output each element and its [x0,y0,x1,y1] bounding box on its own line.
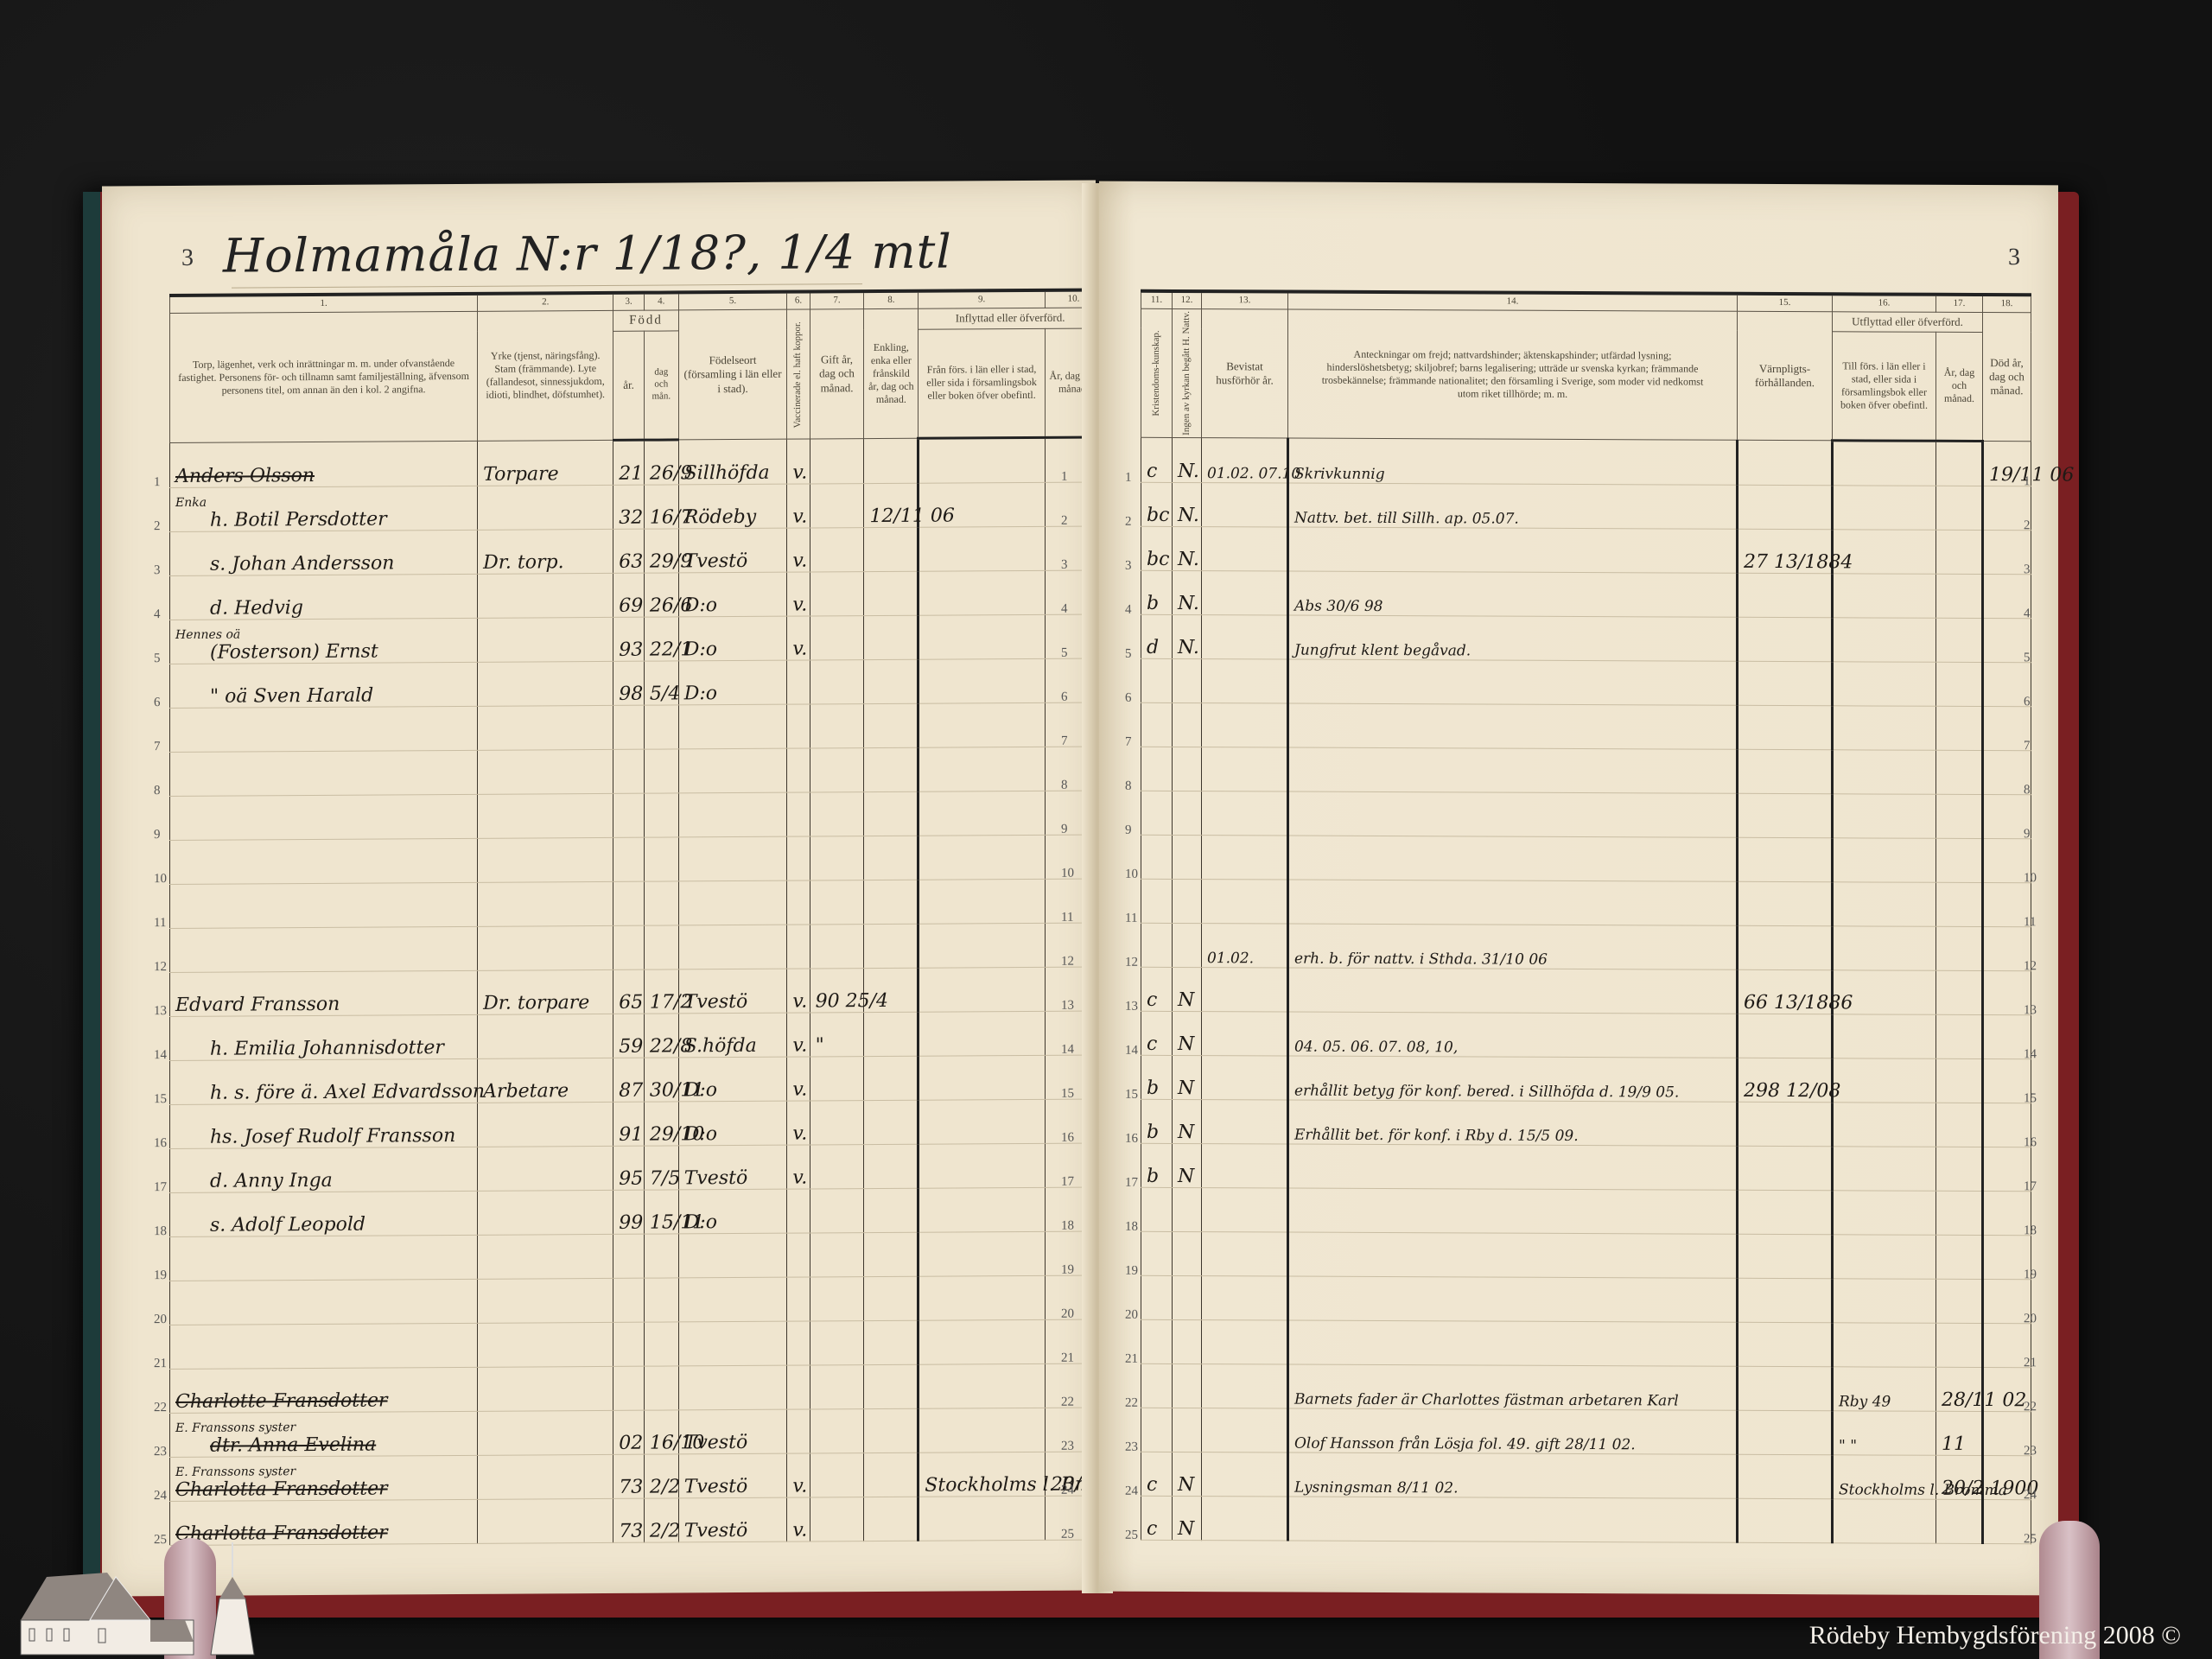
cell-examination-years [1202,747,1288,791]
table-row: hs. Josef Rudolf Fransson9129/10D:ov. [170,1099,1103,1149]
name-annotation: E. Franssons syster [175,1464,472,1479]
examination-years-text: 01.02. 07.10 [1207,465,1300,482]
cell-moved-from [918,1319,1046,1364]
cell-birth-daymonth [644,881,678,925]
header-military: Värnpligts-förhållanden. [1738,311,1833,440]
cell-person-name [170,882,478,928]
cell-military: 298 12/08 [1738,1058,1833,1102]
row-numbers: 1234567891011121314151617181920212223242… [1061,455,1074,1557]
cell-married [810,924,864,968]
table-row: s. Adolf Leopold9915/11D:o [170,1187,1103,1237]
cell-moved-to [1833,1103,1936,1147]
header-examination: Bevistat husförhör år. [1202,309,1288,438]
communion-text: N [1178,1166,1194,1187]
cell-person-name [170,1323,478,1369]
person-name-text: Charlotte Fransdotter [175,1389,388,1412]
vaccinated-text: v. [792,550,807,571]
cell-military [1738,925,1833,969]
row-number: 22 [2024,1385,2037,1429]
row-number: 4 [1061,588,1074,632]
cell-birthplace: Tvestö [678,1497,787,1542]
vaccinated-text: v. [792,990,807,1012]
row-numbers: 1234567891011121314151617181920212223242… [1125,456,1138,1558]
cell-occupation [478,1454,613,1499]
cell-moved-to [1833,926,1936,971]
cell-birth-daymonth [644,1322,678,1366]
cell-birth-year [613,881,645,925]
cell-married: " [810,1012,864,1056]
name-annotation: Hennes oä [175,626,472,642]
cell-person-name: h. s. före ä. Axel Edvardsson [170,1058,478,1104]
cell-notes [1288,1188,1738,1234]
col-num-3: 3. [613,293,645,311]
cell-occupation [478,925,613,970]
cell-vaccinated: v. [787,1497,810,1541]
cell-birthplace: D:o [678,1189,787,1234]
cell-examination-years [1202,570,1288,614]
cell-birthplace: S.höfda [678,1013,787,1058]
cell-communion [1173,1187,1202,1231]
row-numbers: 1234567891011121314151617181920212223242… [2024,460,2037,1561]
row-number: 8 [154,769,167,813]
cell-moved-out-date [1936,1499,1983,1543]
title-underline [232,283,862,288]
cell-person-name: " oä Sven Harald [170,662,478,708]
person-name-text: dtr. Anna Evelina [175,1433,376,1456]
row-number: 4 [2024,592,2037,636]
row-number: 1 [154,461,167,505]
cell-birth-year: 59 [613,1014,645,1058]
cell-birth-year: 98 [613,661,645,705]
cell-birth-year [613,1322,645,1366]
header-notes: Anteckningar om frejd; nattvardshinder; … [1288,309,1738,440]
cell-person-name [170,1279,478,1325]
cell-notes [1288,836,1738,881]
cell-christian-knowledge [1141,1363,1173,1408]
cell-notes [1288,703,1738,749]
cell-moved-out-date: 11 [1936,1411,1983,1455]
row-number: 10 [154,857,167,901]
table-row: cN04. 05. 06. 07. 08, 10, [1141,1011,2031,1058]
row-number: 6 [2024,680,2037,724]
col-num-18: 18. [1983,295,2031,313]
row-number: 18 [154,1210,167,1254]
birthplace-text: Tvestö [684,550,748,572]
table-row [1141,702,2031,750]
table-row: h. Emilia Johannisdotter5922/8S.höfdav." [170,1011,1103,1061]
table-row [170,1275,1103,1325]
church-and-bell-tower-icon [12,1538,271,1659]
cell-vaccinated: v. [787,1057,810,1101]
cell-vaccinated: v. [787,1013,810,1057]
page-number: 3 [2008,244,2020,271]
cell-person-name: h. Emilia Johannisdotter [170,1014,478,1060]
cell-birth-daymonth: 22/1 [644,617,678,661]
header-to-parish: Till förs. i län eller i stad, eller sid… [1833,332,1936,442]
cell-married [810,791,864,836]
cell-christian-knowledge: b [1141,1099,1173,1143]
cell-military [1738,1410,1833,1454]
row-number: 14 [2024,1033,2037,1077]
cell-birthplace [678,1321,787,1366]
cell-moved-to [1833,1235,1936,1280]
cell-married [810,527,864,571]
birthplace-text: Rödeby [684,506,756,529]
cell-notes [1288,527,1738,573]
birth-year-text: 91 [619,1123,643,1145]
cell-moved-to [1833,1499,1936,1544]
birth-year-text: 73 [619,1520,643,1541]
cell-married [810,1364,864,1408]
cell-moved-from [918,923,1046,968]
col-num-16: 16. [1833,294,1936,312]
cell-widowed [864,1232,918,1276]
birthplace-text: D:o [684,1079,717,1101]
row-number: 5 [154,637,167,681]
cell-widowed [864,1497,918,1541]
table-row: cNLysningsman 8/11 02.Stockholms l. Brom… [1141,1452,2031,1499]
cell-widowed [864,659,918,703]
cell-christian-knowledge [1141,791,1173,835]
row-number: 8 [1125,765,1138,809]
cell-birth-year [613,1366,645,1410]
cell-moved-to [1833,1323,1936,1368]
christian-knowledge-text: c [1147,1518,1157,1540]
cell-christian-knowledge [1141,1187,1173,1231]
table-row: 01.02.erh. b. för nattv. i Sthda. 31/10 … [1141,923,2031,970]
christian-knowledge-text: bc [1147,505,1169,526]
cell-notes [1288,1276,1738,1322]
row-number: 11 [154,901,167,945]
register-table-left: 1. 2. 3. 4. 5. 6. 7. 8. 9. 10. Torp, läg… [169,288,1103,1545]
cell-occupation [478,617,613,662]
row-number: 15 [1061,1072,1074,1116]
cell-moved-from [918,747,1046,791]
row-number: 10 [2024,856,2037,900]
cell-moved-out-date [1936,794,1983,838]
cell-moved-to [1833,794,1936,839]
cell-military [1738,1322,1833,1366]
row-number: 21 [2024,1341,2037,1385]
row-number: 16 [1061,1116,1074,1160]
cell-communion [1173,702,1202,747]
row-number: 7 [1125,721,1138,765]
cell-widowed [864,438,918,483]
cell-moved-from [918,835,1046,880]
cell-person-name: Enkah. Botil Persdotter [170,486,478,531]
moved-to-text: Rby 49 [1839,1393,1891,1410]
christian-knowledge-text: b [1147,1166,1159,1187]
cell-vaccinated [787,660,810,704]
table-row: bcN.27 13/1884 [1141,526,2031,574]
birthplace-text: Tvestö [684,1520,748,1541]
cell-notes: erhållit betyg för konf. bered. i Sillhö… [1288,1056,1738,1102]
col-num-1: 1. [170,294,478,314]
communion-text: N [1178,1518,1194,1540]
cell-birth-daymonth: 7/5 [644,1146,678,1190]
cell-moved-from [918,1187,1046,1232]
cell-birthplace [678,1365,787,1410]
cell-birthplace: Tvestö [678,1409,787,1454]
birthplace-text: S.höfda [684,1035,757,1058]
row-number: 19 [2024,1253,2037,1297]
table-row: dN.Jungfrut klent begåvad. [1141,614,2031,662]
cell-moved-from [918,614,1046,659]
vaccinated-text: v. [792,1475,807,1497]
cell-moved-out-date [1936,1103,1983,1147]
row-number: 23 [2024,1429,2037,1473]
cell-occupation [478,881,613,926]
cell-moved-to: Stockholms l. Bromma [1833,1455,1936,1500]
notes-text: Barnets fader är Charlottes fästman arbe… [1294,1390,1679,1409]
row-number: 24 [1125,1470,1138,1514]
cell-moved-from [918,702,1046,747]
cell-examination-years [1202,658,1288,702]
row-number: 8 [1061,764,1074,808]
cell-occupation: Dr. torp. [478,529,613,574]
person-name-text: Edvard Fransson [175,994,340,1016]
notes-text: Skrivkunnig [1294,465,1385,482]
cell-communion [1173,835,1202,879]
cell-person-name [170,926,478,972]
cell-moved-from [918,658,1046,703]
table-row [1141,835,2031,882]
cell-examination-years [1202,1187,1288,1231]
cell-person-name: Hennes oä(Fosterson) Ernst [170,618,478,664]
person-name-text: s. Adolf Leopold [175,1213,365,1236]
cell-birthplace: Tvestö [678,528,787,573]
row-number: 22 [154,1386,167,1430]
table-row: bN.Abs 30/6 98 [1141,570,2031,618]
cell-vaccinated [787,1409,810,1453]
birthplace-text: D:o [684,1211,717,1233]
cell-christian-knowledge [1141,835,1173,879]
cell-widowed [864,1012,918,1056]
cell-person-name: d. Hedvig [170,574,478,620]
cell-occupation [478,573,613,618]
cell-occupation [478,1146,613,1191]
cell-married [810,1408,864,1452]
vaccinated-text: v. [792,505,807,527]
row-number: 19 [154,1254,167,1298]
cell-birthplace: D:o [678,1101,787,1146]
col-num-2: 2. [478,293,613,311]
notes-text: erhållit betyg för konf. bered. i Sillhö… [1294,1082,1679,1101]
cell-military [1738,793,1833,837]
cell-examination-years [1202,1143,1288,1187]
cell-birth-year: 65 [613,969,645,1014]
cell-occupation [478,1410,613,1455]
cell-communion [1173,1231,1202,1275]
cell-christian-knowledge [1141,747,1173,791]
cell-widowed [864,1320,918,1364]
cell-moved-out-date [1936,750,1983,794]
cell-birth-year: 63 [613,529,645,573]
cell-moved-to [1833,838,1936,883]
cell-birth-year: 99 [613,1190,645,1234]
table-row: Enkah. Botil Persdotter3216/7Rödebyv.12/… [170,482,1103,532]
cell-vaccinated: v. [787,572,810,616]
table-row [1141,658,2031,706]
cell-examination-years [1202,1011,1288,1055]
table-row: cN [1141,1496,2031,1543]
cell-examination-years [1202,1452,1288,1496]
cell-notes: Barnets fader är Charlottes fästman arbe… [1288,1364,1738,1410]
cell-military [1738,485,1833,529]
cell-birthplace [678,880,787,925]
table-row [170,879,1103,929]
cell-married [810,571,864,615]
cell-communion: N [1173,1011,1202,1055]
cell-notes [1288,747,1738,793]
cell-moved-from [918,1231,1046,1276]
cell-examination-years [1202,1099,1288,1143]
cell-person-name: hs. Josef Rudolf Fransson [170,1103,478,1148]
cell-occupation [478,1322,613,1367]
cell-occupation [478,1366,613,1411]
person-name-text: h. Botil Persdotter [175,508,387,531]
vaccinated-text: v. [792,1122,807,1144]
cell-birth-year: 95 [613,1146,645,1190]
header-year: år. [613,331,645,440]
notes-text: Lysningsman 8/11 02. [1294,1478,1458,1497]
cell-military [1738,1146,1833,1190]
name-annotation: E. Franssons syster [175,1420,472,1435]
cell-widowed [864,1452,918,1497]
occupation-text: Arbetare [483,1080,569,1103]
table-row: bNErhållit bet. för konf. i Rby d. 15/5 … [1141,1099,2031,1147]
notes-text: Erhållit bet. för konf. i Rby d. 15/5 09… [1294,1126,1579,1144]
cell-person-name [170,794,478,840]
cell-widowed [864,571,918,615]
row-number: 20 [1061,1293,1074,1337]
birth-year-text: 32 [619,506,643,528]
cell-birth-daymonth [644,749,678,793]
cell-notes [1288,968,1738,1014]
table-row [1141,1319,2031,1367]
notes-text: erh. b. för nattv. i Sthda. 31/10 06 [1294,950,1548,968]
table-row [1141,1187,2031,1235]
cell-birthplace: Rödeby [678,484,787,529]
row-number: 9 [1125,809,1138,853]
cell-married [810,615,864,659]
cell-examination-years [1202,482,1288,526]
cell-occupation [478,661,613,706]
cell-birth-year: 87 [613,1058,645,1102]
cell-birthplace [678,748,787,793]
vaccinated-text: v. [792,1166,807,1188]
row-number: 23 [1061,1425,1074,1469]
row-number: 1 [2024,460,2037,504]
cell-moved-from [918,1055,1046,1100]
cell-moved-to [1833,750,1936,795]
cell-vaccinated [787,792,810,836]
cell-person-name [170,1235,478,1281]
birth-year-text: 93 [619,639,643,660]
cell-widowed [864,880,918,924]
cell-military [1738,1366,1833,1410]
occupation-text: Dr. torp. [483,551,563,574]
cell-birthplace [678,1277,787,1322]
cell-birth-year: 32 [613,485,645,529]
cell-notes [1288,1232,1738,1278]
birth-year-text: 59 [619,1035,643,1057]
cell-communion [1173,1363,1202,1408]
cell-military [1738,661,1833,705]
row-number: 7 [2024,724,2037,768]
cell-christian-knowledge [1141,702,1173,747]
row-number: 1 [1061,455,1074,499]
cell-occupation [478,1014,613,1058]
cell-notes: erh. b. för nattv. i Sthda. 31/10 06 [1288,924,1738,969]
cell-widowed [864,1364,918,1408]
cell-military [1738,1498,1833,1542]
cell-moved-out-date [1936,662,1983,706]
table-row [170,1319,1103,1370]
row-number: 24 [1061,1469,1074,1513]
row-number: 17 [2024,1165,2037,1209]
row-number: 24 [2024,1473,2037,1517]
cell-moved-from [918,526,1046,571]
cell-notes: Lysningsman 8/11 02. [1288,1452,1738,1498]
cell-moved-out-date [1936,882,1983,926]
cell-moved-to [1833,486,1936,531]
cell-moved-out-date [1936,618,1983,662]
birth-year-text: 21 [619,462,643,484]
cell-christian-knowledge: c [1141,437,1173,482]
cell-examination-years [1202,835,1288,879]
row-number: 20 [2024,1297,2037,1341]
cell-communion [1173,1408,1202,1452]
cell-moved-from [918,791,1046,836]
row-number: 6 [1125,677,1138,721]
header-widowed: Enkling, enka eller frånskild år, dag oc… [864,308,918,438]
table-row: " oä Sven Harald985/4D:o [170,658,1103,709]
cell-notes [1288,1320,1738,1366]
cell-examination-years [1202,1319,1288,1363]
cell-military [1738,440,1833,485]
cell-vaccinated: v. [787,1145,810,1189]
cell-communion [1173,747,1202,791]
cell-birth-daymonth: 22/8 [644,1014,678,1058]
vaccinated-text: v. [792,1519,807,1541]
birth-year-text: 63 [619,550,643,572]
cell-married [810,1276,864,1320]
cell-widowed [864,1144,918,1188]
cell-moved-from [918,437,1046,483]
table-row [170,1231,1103,1281]
cell-communion [1173,879,1202,923]
cell-moved-from [918,570,1046,615]
cell-notes: Abs 30/6 98 [1288,571,1738,617]
cell-occupation: Arbetare [478,1058,613,1103]
row-number: 3 [1125,544,1138,588]
cell-married [810,659,864,703]
military-text: 298 12/08 [1744,1080,1840,1102]
cell-moved-to [1833,882,1936,927]
header-born: Född [613,310,678,331]
header-person: Torp, lägenhet, verk och inrättningar m.… [170,311,478,442]
table-row [1141,1231,2031,1279]
person-name-text: d. Hedvig [175,597,303,620]
col-num-17: 17. [1936,295,1983,313]
cell-married [810,1497,864,1541]
cell-birth-year: 02 [613,1410,645,1454]
row-number: 12 [1125,941,1138,985]
table-row [170,702,1103,753]
cell-moved-from [918,879,1046,924]
row-number: 16 [2024,1121,2037,1165]
